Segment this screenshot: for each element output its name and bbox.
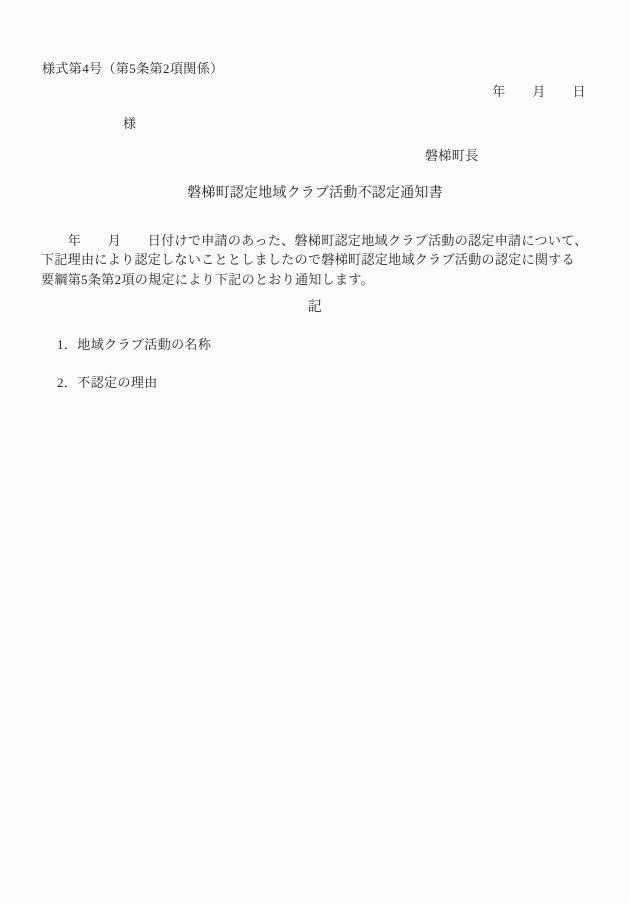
document-page: 様式第4号（第5条第2項関係） 年 月 日 様 磐梯町長 磐梯町認定地域クラブ活…: [0, 0, 630, 903]
body-line-1: 年 月 日付けで申請のあった、磐梯町認定地域クラブ活動の認定申請について、: [41, 231, 600, 250]
list-item-club-activity-name: 1．地域クラブ活動の名称: [57, 338, 211, 351]
body-line-3: 要綱第5条第2項の規定により下記のとおり通知します。: [41, 270, 600, 289]
list-item-rejection-reason: 2．不認定の理由: [57, 376, 158, 389]
record-marker: 記: [0, 301, 630, 315]
date-line: 年 月 日: [492, 85, 586, 98]
sender-title: 磐梯町長: [425, 149, 479, 162]
addressee-suffix: 様: [123, 117, 136, 130]
form-number: 様式第4号（第5条第2項関係）: [42, 62, 224, 75]
body-paragraph: 年 月 日付けで申請のあった、磐梯町認定地域クラブ活動の認定申請について、 下記…: [41, 231, 600, 289]
body-line-2: 下記理由により認定しないこととしましたので磐梯町認定地域クラブ活動の認定に関する: [41, 250, 600, 269]
document-title: 磐梯町認定地域クラブ活動不認定通知書: [0, 187, 630, 201]
